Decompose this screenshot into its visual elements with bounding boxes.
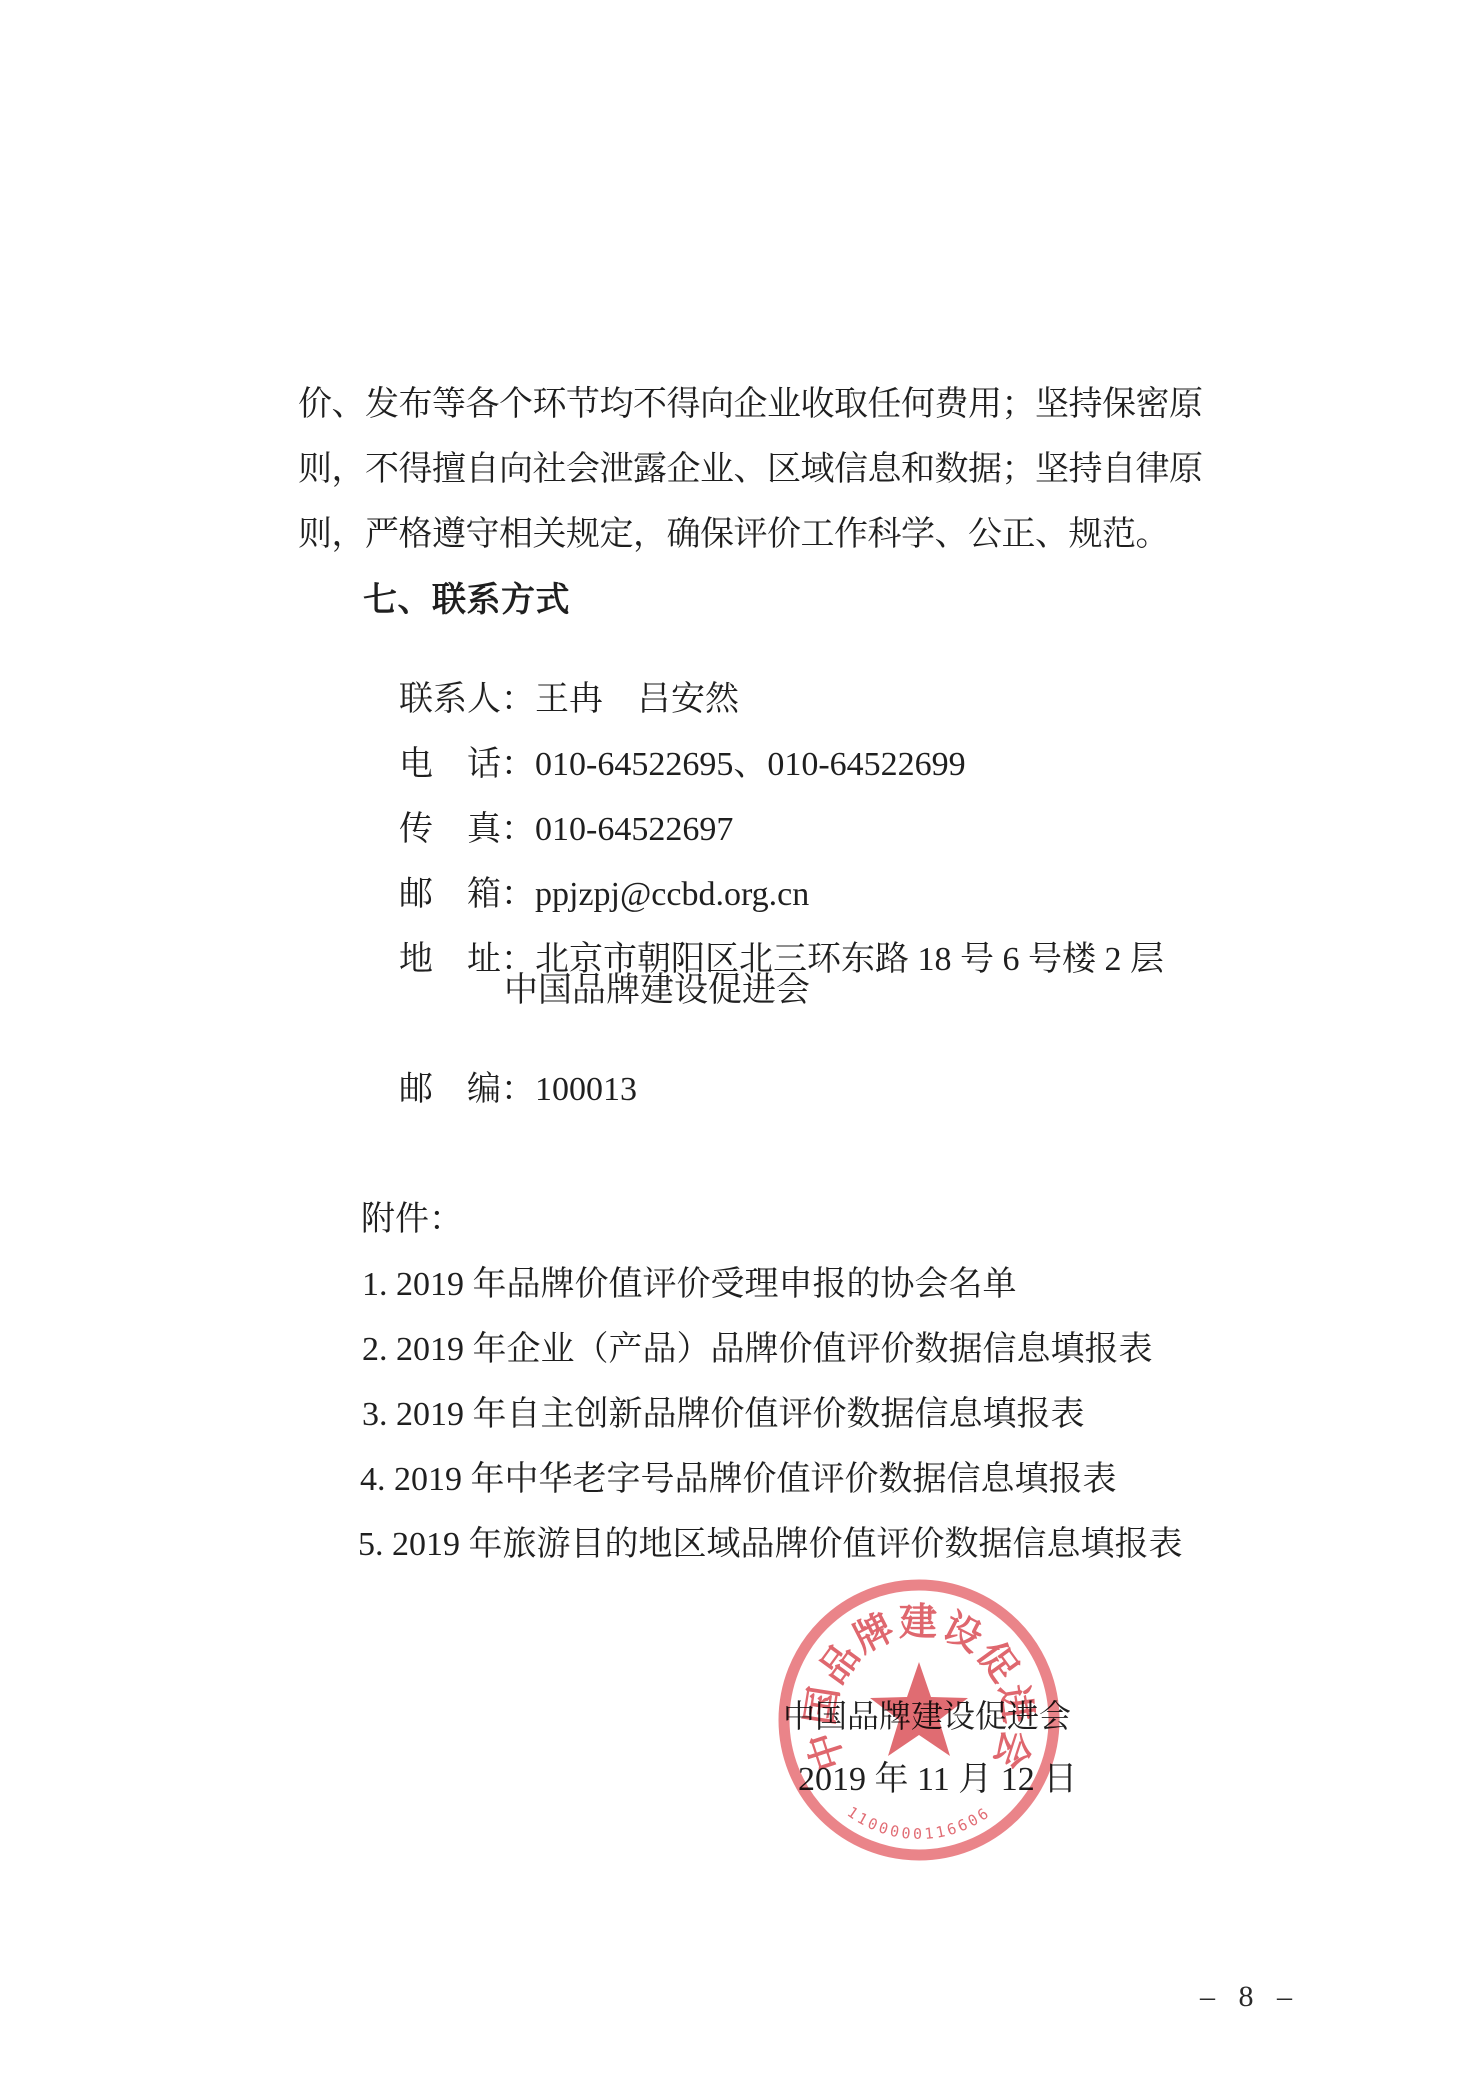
contact-email-label: 邮 箱： [399,876,535,913]
contact-person-label: 联系人： [399,681,535,718]
paragraph-line: 则，严格遵守相关规定，确保评价工作科学、公正、规范。 [298,518,1169,552]
contact-email-value: ppjzpj@ccbd.org.cn [535,876,809,913]
contact-phone-label: 电 话： [399,746,535,783]
attachment-item: 4. 2019 年中华老字号品牌价值评价数据信息填报表 [360,1463,1117,1497]
attachment-item: 1. 2019 年品牌价值评价受理申报的协会名单 [362,1268,1017,1302]
document-page: 价、发布等各个环节均不得向企业收取任何费用；坚持保密原 则，不得擅自向社会泄露企… [0,0,1481,2094]
attachment-item: 2. 2019 年企业（产品）品牌价值评价数据信息填报表 [362,1333,1153,1367]
seal-serial-number: 1100000116606 [844,1803,994,1843]
page-number: – 8 – [1200,1982,1296,2012]
official-seal: 中国品牌建设促进会 1100000116606 [769,1570,1069,1870]
contact-fax-value: 010-64522697 [535,811,733,848]
contact-row-postal: 邮 编：100013 [365,1039,637,1141]
contact-phone-value: 010-64522695、010-64522699 [535,746,966,783]
contact-person-value: 王冉 吕安然 [535,681,739,718]
contact-fax-label: 传 真： [399,811,535,848]
paragraph-line: 价、发布等各个环节均不得向企业收取任何费用；坚持保密原 [298,388,1203,422]
contact-postal-value: 100013 [535,1071,637,1108]
attachment-item: 3. 2019 年自主创新品牌价值评价数据信息填报表 [362,1398,1085,1432]
attachment-item: 5. 2019 年旅游目的地区域品牌价值评价数据信息填报表 [358,1528,1183,1562]
contact-address-line2: 中国品牌建设促进会 [504,974,810,1008]
seal-star [870,1662,968,1756]
attachments-heading: 附件： [361,1203,463,1237]
contact-postal-label: 邮 编： [399,1071,535,1108]
section-heading: 七、联系方式 [363,583,570,617]
paragraph-line: 则，不得擅自向社会泄露企业、区域信息和数据；坚持自律原 [298,453,1203,487]
